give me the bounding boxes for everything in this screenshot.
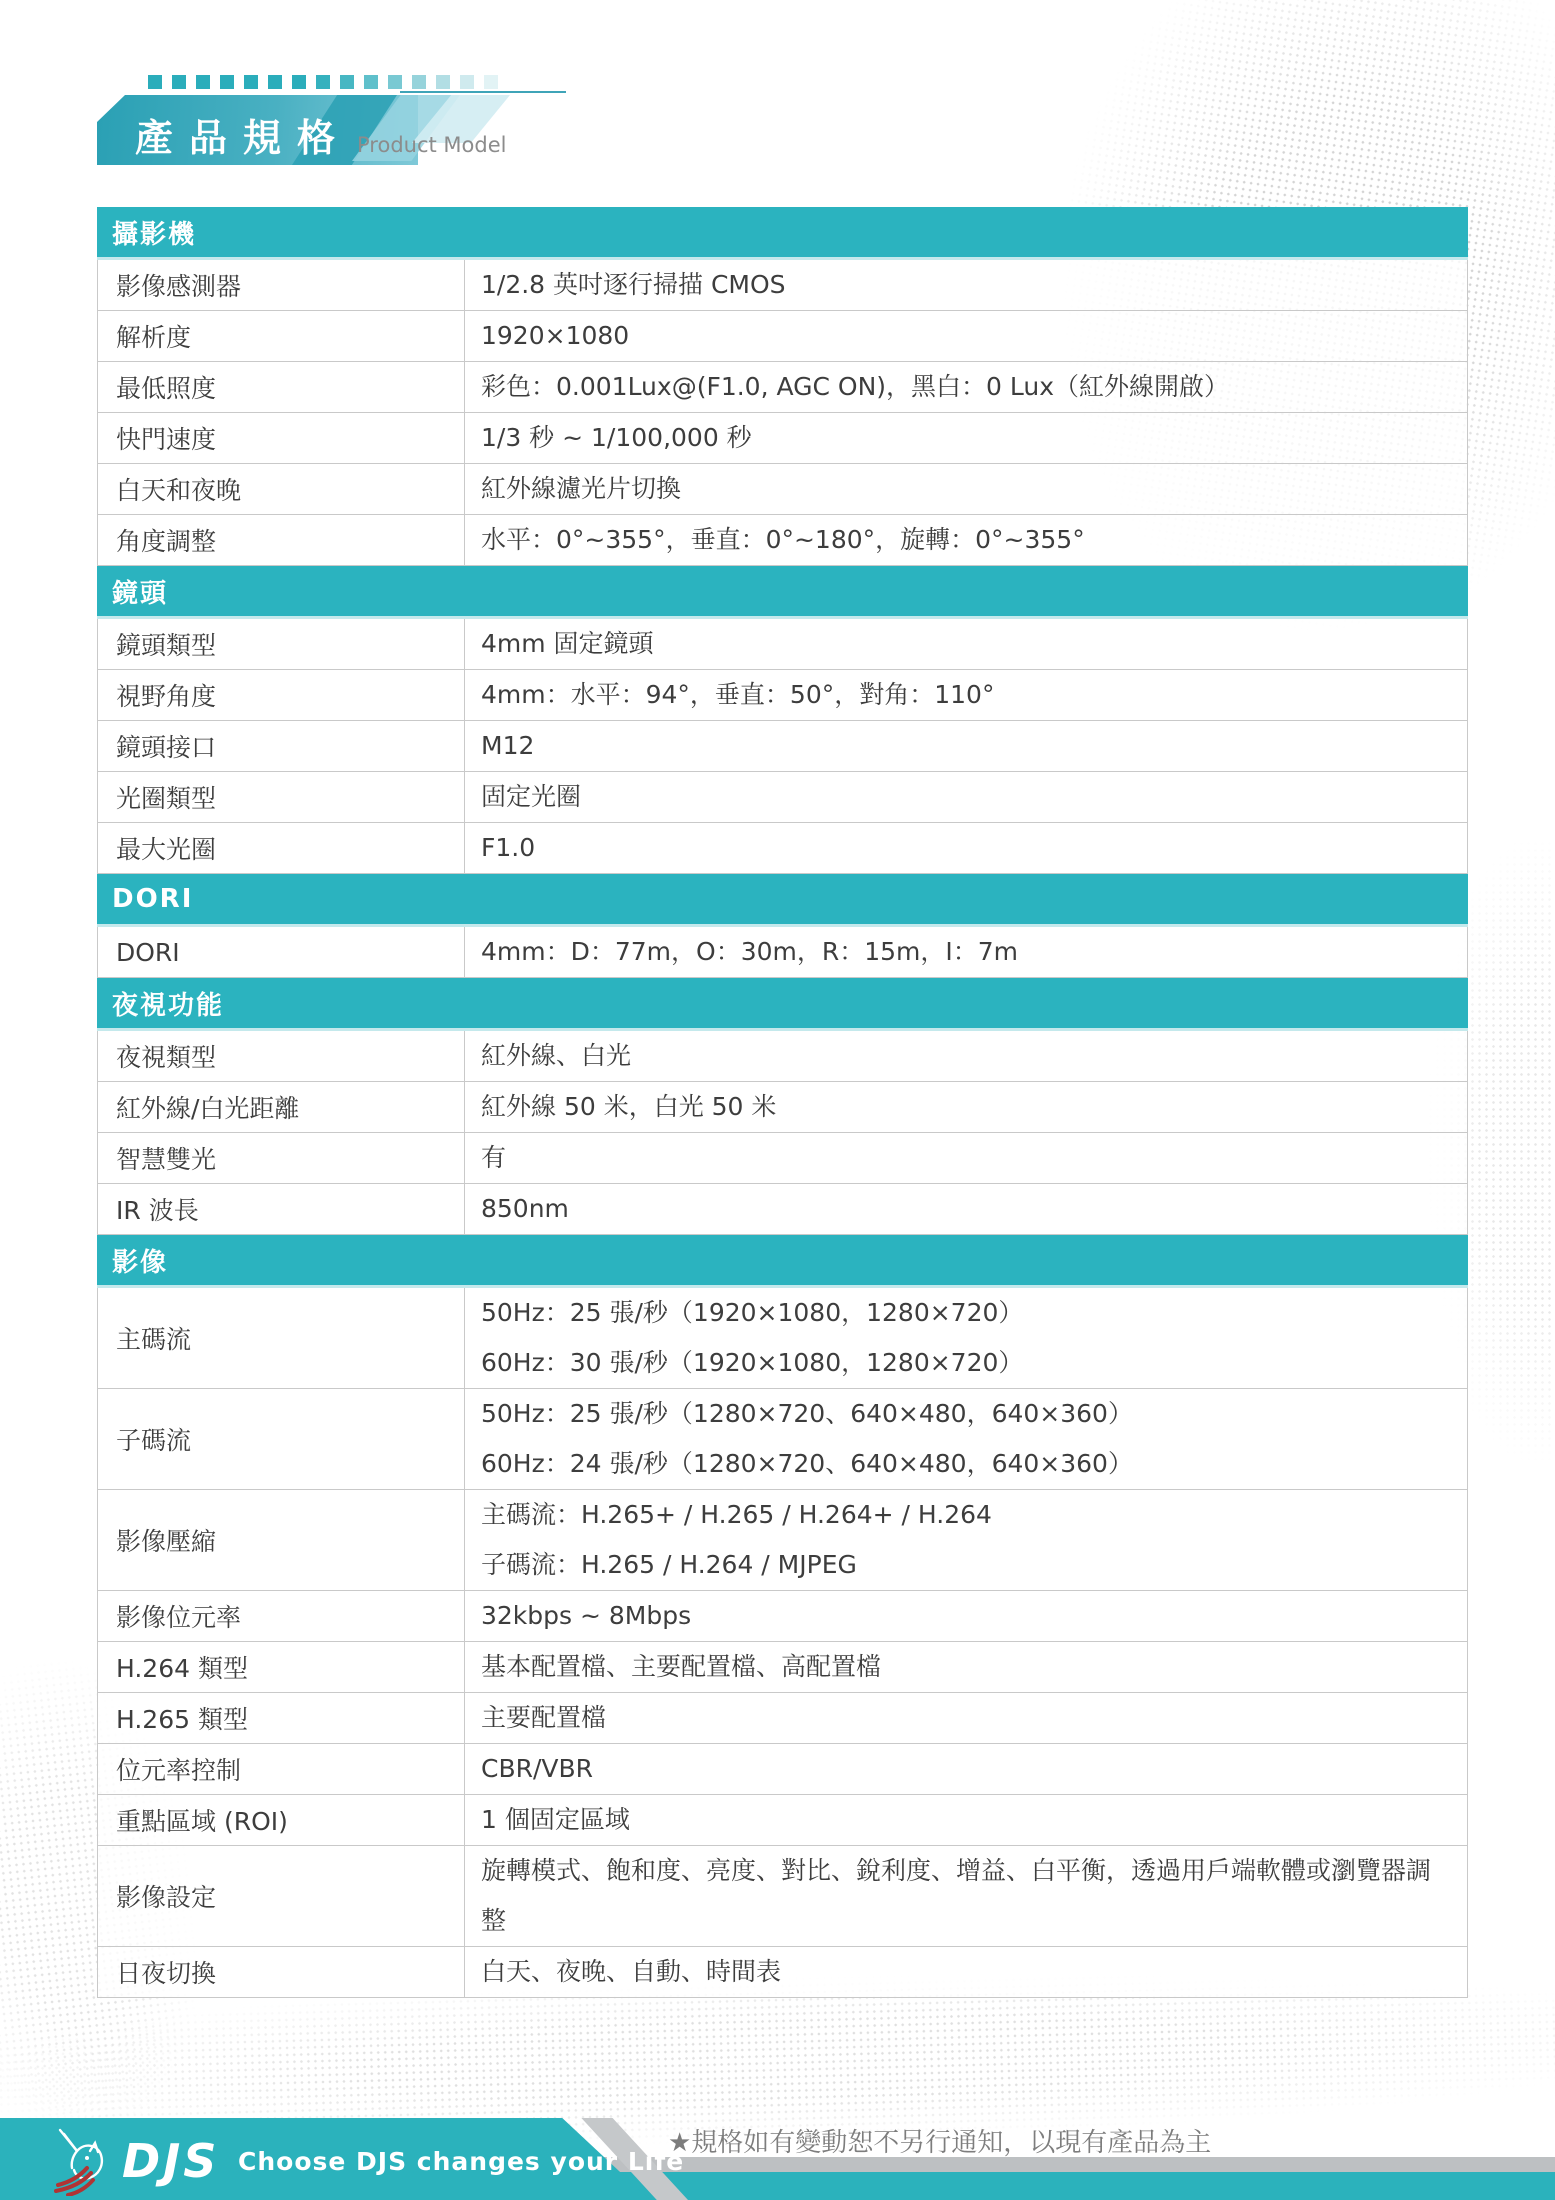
- spec-value: 紅外線濾光片切換: [465, 464, 1467, 514]
- spec-value: 32kbps ~ 8Mbps: [465, 1591, 1467, 1641]
- spec-label: 位元率控制: [98, 1744, 465, 1794]
- spec-label: 影像壓縮: [98, 1490, 465, 1590]
- spec-label: 視野角度: [98, 670, 465, 720]
- spec-label: 角度調整: [98, 515, 465, 565]
- spec-value: 主要配置檔: [465, 1693, 1467, 1743]
- fading-square: [244, 75, 258, 89]
- page-subtitle: Product Model: [357, 133, 506, 157]
- spec-value: 50Hz：25 張/秒（1280×720、640×480，640×360） 60…: [465, 1389, 1467, 1489]
- fading-square: [364, 75, 378, 89]
- spec-row: 影像設定旋轉模式、飽和度、亮度、對比、銳利度、增益、白平衡，透過用戶端軟體或瀏覽…: [98, 1846, 1467, 1947]
- spec-label: 最大光圈: [98, 823, 465, 873]
- spec-row: 影像感測器1/2.8 英吋逐行掃描 CMOS: [98, 260, 1467, 311]
- footer-disclaimer-note: ★規格如有變動恕不另行通知，以現有產品為主: [668, 2122, 1211, 2159]
- spec-label: 鏡頭類型: [98, 619, 465, 669]
- spec-row: 解析度1920×1080: [98, 311, 1467, 362]
- spec-value: 水平：0°~355°，垂直：0°~180°，旋轉：0°~355°: [465, 515, 1467, 565]
- footer-tagline: Choose DJS changes your Life: [238, 2147, 684, 2176]
- spec-value-text: 1920×1080: [481, 311, 629, 361]
- spec-value: 白天、夜晚、自動、時間表: [465, 1947, 1467, 1997]
- spec-row: 光圈類型固定光圈: [98, 772, 1467, 823]
- spec-value-text: 1/3 秒 ~ 1/100,000 秒: [481, 413, 752, 463]
- spec-value-text: 白天、夜晚、自動、時間表: [481, 1947, 781, 1997]
- spec-row: 鏡頭類型4mm 固定鏡頭: [98, 619, 1467, 670]
- spec-value-text: 紅外線濾光片切換: [481, 464, 681, 514]
- spec-row: 主碼流50Hz：25 張/秒（1920×1080，1280×720） 60Hz：…: [98, 1288, 1467, 1389]
- spec-row: 影像位元率32kbps ~ 8Mbps: [98, 1591, 1467, 1642]
- spec-value-text: 水平：0°~355°，垂直：0°~180°，旋轉：0°~355°: [481, 515, 1085, 565]
- section-header: 攝影機: [97, 207, 1468, 260]
- spec-value-text: 主碼流：H.265+ / H.265 / H.264+ / H.264 子碼流：…: [481, 1490, 992, 1590]
- spec-label: 影像位元率: [98, 1591, 465, 1641]
- spec-label: 重點區域 (ROI): [98, 1795, 465, 1845]
- spec-value-text: 1/2.8 英吋逐行掃描 CMOS: [481, 260, 786, 310]
- spec-label: 光圈類型: [98, 772, 465, 822]
- fading-square: [220, 75, 234, 89]
- spec-value: 旋轉模式、飽和度、亮度、對比、銳利度、增益、白平衡，透過用戶端軟體或瀏覽器調整: [465, 1846, 1467, 1946]
- spec-value-text: 基本配置檔、主要配置檔、高配置檔: [481, 1642, 881, 1692]
- spec-row: H.265 類型主要配置檔: [98, 1693, 1467, 1744]
- section-header: 鏡頭: [97, 566, 1468, 619]
- spec-value: 1/2.8 英吋逐行掃描 CMOS: [465, 260, 1467, 310]
- spec-row: 日夜切換白天、夜晚、自動、時間表: [98, 1947, 1467, 1997]
- djs-logo-text: DJS: [122, 2134, 219, 2188]
- spec-label: 影像設定: [98, 1846, 465, 1946]
- fading-square: [436, 75, 450, 89]
- spec-value-text: 有: [481, 1133, 506, 1183]
- spec-label: 子碼流: [98, 1389, 465, 1489]
- spec-value: 850nm: [465, 1184, 1467, 1234]
- spec-value: 4mm：D：77m，O：30m，R：15m，I：7m: [465, 927, 1467, 977]
- spec-label: IR 波長: [98, 1184, 465, 1234]
- spec-value: 4mm 固定鏡頭: [465, 619, 1467, 669]
- fading-square: [388, 75, 402, 89]
- fading-square: [148, 75, 162, 89]
- spec-table: 攝影機影像感測器1/2.8 英吋逐行掃描 CMOS解析度1920×1080最低照…: [97, 207, 1468, 1998]
- spec-value-text: CBR/VBR: [481, 1744, 593, 1794]
- spec-value-text: 50Hz：25 張/秒（1920×1080，1280×720） 60Hz：30 …: [481, 1288, 1023, 1388]
- header-accent-line: [400, 91, 566, 93]
- fading-square: [340, 75, 354, 89]
- section-title: 鏡頭: [97, 573, 168, 610]
- spec-label: 日夜切換: [98, 1947, 465, 1997]
- spec-value-text: 主要配置檔: [481, 1693, 606, 1743]
- spec-value-text: 32kbps ~ 8Mbps: [481, 1591, 691, 1641]
- spec-label: 最低照度: [98, 362, 465, 412]
- spec-value-text: 4mm：D：77m，O：30m，R：15m，I：7m: [481, 927, 1018, 977]
- fading-square: [460, 75, 474, 89]
- spec-value-text: 4mm 固定鏡頭: [481, 619, 654, 669]
- spec-row: 鏡頭接口M12: [98, 721, 1467, 772]
- spec-value: 4mm：水平：94°，垂直：50°，對角：110°: [465, 670, 1467, 720]
- spec-value-text: 50Hz：25 張/秒（1280×720、640×480，640×360） 60…: [481, 1389, 1133, 1489]
- header-fading-squares: [148, 75, 508, 89]
- spec-label: H.265 類型: [98, 1693, 465, 1743]
- fading-square: [268, 75, 282, 89]
- page-title: 產品規格: [135, 107, 351, 162]
- section-header: 夜視功能: [97, 978, 1468, 1031]
- spec-value: F1.0: [465, 823, 1467, 873]
- section-title: 夜視功能: [97, 985, 224, 1022]
- spec-row: 紅外線/白光距離紅外線 50 米，白光 50 米: [98, 1082, 1467, 1133]
- spec-value: 固定光圈: [465, 772, 1467, 822]
- spec-label: H.264 類型: [98, 1642, 465, 1692]
- spec-value-text: 旋轉模式、飽和度、亮度、對比、銳利度、增益、白平衡，透過用戶端軟體或瀏覽器調整: [481, 1846, 1447, 1946]
- spec-label: 解析度: [98, 311, 465, 361]
- spec-value: 1 個固定區域: [465, 1795, 1467, 1845]
- spec-value: M12: [465, 721, 1467, 771]
- spec-label: DORI: [98, 927, 465, 977]
- fading-square: [196, 75, 210, 89]
- spec-row: DORI4mm：D：77m，O：30m，R：15m，I：7m: [98, 927, 1467, 978]
- spec-value-text: 4mm：水平：94°，垂直：50°，對角：110°: [481, 670, 994, 720]
- spec-row: IR 波長850nm: [98, 1184, 1467, 1235]
- section-title: 影像: [97, 1242, 168, 1279]
- spec-row: 影像壓縮主碼流：H.265+ / H.265 / H.264+ / H.264 …: [98, 1490, 1467, 1591]
- spec-label: 影像感測器: [98, 260, 465, 310]
- spec-label: 鏡頭接口: [98, 721, 465, 771]
- fading-square: [292, 75, 306, 89]
- spec-row: 角度調整水平：0°~355°，垂直：0°~180°，旋轉：0°~355°: [98, 515, 1467, 566]
- fading-square: [484, 75, 498, 89]
- spec-value-text: 紅外線、白光: [481, 1031, 631, 1081]
- spec-label: 快門速度: [98, 413, 465, 463]
- spec-value-text: 1 個固定區域: [481, 1795, 630, 1845]
- spec-row: 重點區域 (ROI)1 個固定區域: [98, 1795, 1467, 1846]
- spec-value: 基本配置檔、主要配置檔、高配置檔: [465, 1642, 1467, 1692]
- spec-value: 主碼流：H.265+ / H.265 / H.264+ / H.264 子碼流：…: [465, 1490, 1467, 1590]
- spec-value: 50Hz：25 張/秒（1920×1080，1280×720） 60Hz：30 …: [465, 1288, 1467, 1388]
- section-title: 攝影機: [97, 214, 196, 251]
- spec-value: 有: [465, 1133, 1467, 1183]
- spec-value: 紅外線 50 米，白光 50 米: [465, 1082, 1467, 1132]
- spec-value: CBR/VBR: [465, 1744, 1467, 1794]
- spec-row: 位元率控制CBR/VBR: [98, 1744, 1467, 1795]
- spec-value: 紅外線、白光: [465, 1031, 1467, 1081]
- spec-row: 視野角度4mm：水平：94°，垂直：50°，對角：110°: [98, 670, 1467, 721]
- spec-value: 1920×1080: [465, 311, 1467, 361]
- spec-value-text: 彩色：0.001Lux@(F1.0, AGC ON)，黑白：0 Lux（紅外線開…: [481, 362, 1229, 412]
- section-title: DORI: [97, 884, 193, 914]
- spec-row: 最低照度彩色：0.001Lux@(F1.0, AGC ON)，黑白：0 Lux（…: [98, 362, 1467, 413]
- spec-row: 夜視類型紅外線、白光: [98, 1031, 1467, 1082]
- spec-value-text: 固定光圈: [481, 772, 581, 822]
- section-header: DORI: [97, 874, 1468, 927]
- spec-row: H.264 類型基本配置檔、主要配置檔、高配置檔: [98, 1642, 1467, 1693]
- section-header: 影像: [97, 1235, 1468, 1288]
- unicorn-icon: [46, 2124, 116, 2196]
- spec-value-text: 850nm: [481, 1184, 569, 1234]
- spec-row: 智慧雙光有: [98, 1133, 1467, 1184]
- spec-row: 子碼流50Hz：25 張/秒（1280×720、640×480，640×360）…: [98, 1389, 1467, 1490]
- spec-label: 白天和夜晚: [98, 464, 465, 514]
- spec-value: 彩色：0.001Lux@(F1.0, AGC ON)，黑白：0 Lux（紅外線開…: [465, 362, 1467, 412]
- fading-square: [316, 75, 330, 89]
- spec-value-text: F1.0: [481, 823, 535, 873]
- spec-row: 最大光圈F1.0: [98, 823, 1467, 874]
- spec-label: 智慧雙光: [98, 1133, 465, 1183]
- fading-square: [172, 75, 186, 89]
- spec-label: 夜視類型: [98, 1031, 465, 1081]
- spec-value: 1/3 秒 ~ 1/100,000 秒: [465, 413, 1467, 463]
- spec-label: 紅外線/白光距離: [98, 1082, 465, 1132]
- spec-value-text: 紅外線 50 米，白光 50 米: [481, 1082, 776, 1132]
- spec-row: 白天和夜晚紅外線濾光片切換: [98, 464, 1467, 515]
- spec-label: 主碼流: [98, 1288, 465, 1388]
- fading-square: [412, 75, 426, 89]
- spec-value-text: M12: [481, 721, 534, 771]
- spec-row: 快門速度1/3 秒 ~ 1/100,000 秒: [98, 413, 1467, 464]
